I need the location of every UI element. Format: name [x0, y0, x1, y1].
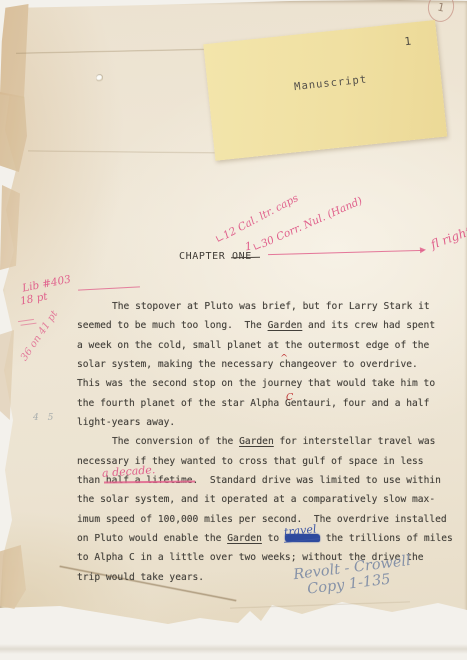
typed-text: The stopover at Pluto was brief, but for… — [112, 301, 430, 312]
surface-shadow — [0, 644, 467, 654]
flush-right-arrow-head — [420, 247, 426, 253]
typed-text: imum speed of 100,000 miles per second. … — [77, 514, 447, 525]
typed-text: for interstellar travel was — [274, 436, 436, 447]
typed-line: solar system, making the necessary chang… — [77, 355, 453, 374]
typed-text: a week on the cold, small planet at the … — [77, 340, 429, 351]
card-label: Manuscript — [294, 73, 368, 93]
handwritten-correction: a decade. — [101, 460, 156, 483]
card-page-number: 1 — [404, 35, 412, 49]
chapter-word: CHAPTER — [179, 251, 225, 262]
typed-text: This was the second stop on the journey … — [77, 378, 435, 389]
inked-out-word: travel — [285, 534, 320, 542]
typed-line: imum speed of 100,000 miles per second. … — [77, 510, 453, 529]
manuscript-photo: 1 1 Manuscript ∟12 Cal. ltr. caps ∟30 Co… — [0, 0, 467, 660]
pin-hole — [96, 74, 103, 82]
chapter-number-struck: ONE — [232, 251, 252, 262]
typed-line: than half a lifetimea decade.. Standard … — [77, 471, 453, 490]
typed-text: Garden — [239, 436, 274, 447]
typed-text: the solar system, and it operated at a c… — [77, 494, 435, 505]
typed-text: Garden — [227, 533, 262, 544]
chapter-heading: CHAPTER ONE — [179, 251, 252, 262]
typed-text: . Standard drive was limited to use with… — [193, 475, 441, 486]
typed-text: on Pluto would enable the — [77, 533, 227, 544]
typed-text: seemed to be much too long. The — [77, 320, 268, 331]
typed-text: and its crew had spent — [302, 320, 435, 331]
typed-text: GentauriC — [285, 398, 331, 409]
typed-text: The conversion of the — [112, 436, 239, 447]
typed-line: on Pluto would enable the Garden to trav… — [77, 529, 453, 548]
typed-text: the trillions of miles — [320, 533, 453, 544]
typed-line: a week on the cold, small planet at the … — [77, 336, 453, 355]
typed-text: light-years away. — [77, 417, 175, 428]
typed-line: light-years away. — [77, 413, 453, 432]
typed-line: This was the second stop on the journey … — [77, 374, 453, 393]
handwritten-correction: travel — [282, 519, 320, 543]
typed-body: The stopover at Pluto was brief, but for… — [77, 297, 453, 587]
typed-text: trip would take years. — [77, 572, 204, 583]
margin-pencil-mark: 4 5 — [33, 413, 56, 423]
typed-line: the fourth planet of the star Alpha Gent… — [77, 394, 453, 413]
typed-text: the fourth planet of the star Alpha — [77, 398, 285, 409]
typed-text: to — [262, 533, 285, 544]
typed-text: half a lifetimea decade. — [106, 475, 193, 486]
typed-text: solar system, making the necessary — [77, 359, 279, 370]
handwritten-correction: C — [286, 388, 293, 407]
typed-text: , four and a half — [331, 398, 429, 409]
typed-text: to overdrive. — [337, 359, 418, 370]
handwritten-correction: ^ — [280, 349, 288, 368]
typed-line: The stopover at Pluto was brief, but for… — [77, 297, 453, 316]
typed-text: changeover^ — [279, 359, 337, 370]
typed-line: seemed to be much too long. The Garden a… — [77, 316, 453, 335]
typed-text: Garden — [268, 320, 303, 331]
typed-line: The conversion of the Garden for interst… — [77, 432, 453, 451]
manuscript-label-card: 1 Manuscript — [203, 20, 447, 161]
typed-line: the solar system, and it operated at a c… — [77, 490, 453, 509]
